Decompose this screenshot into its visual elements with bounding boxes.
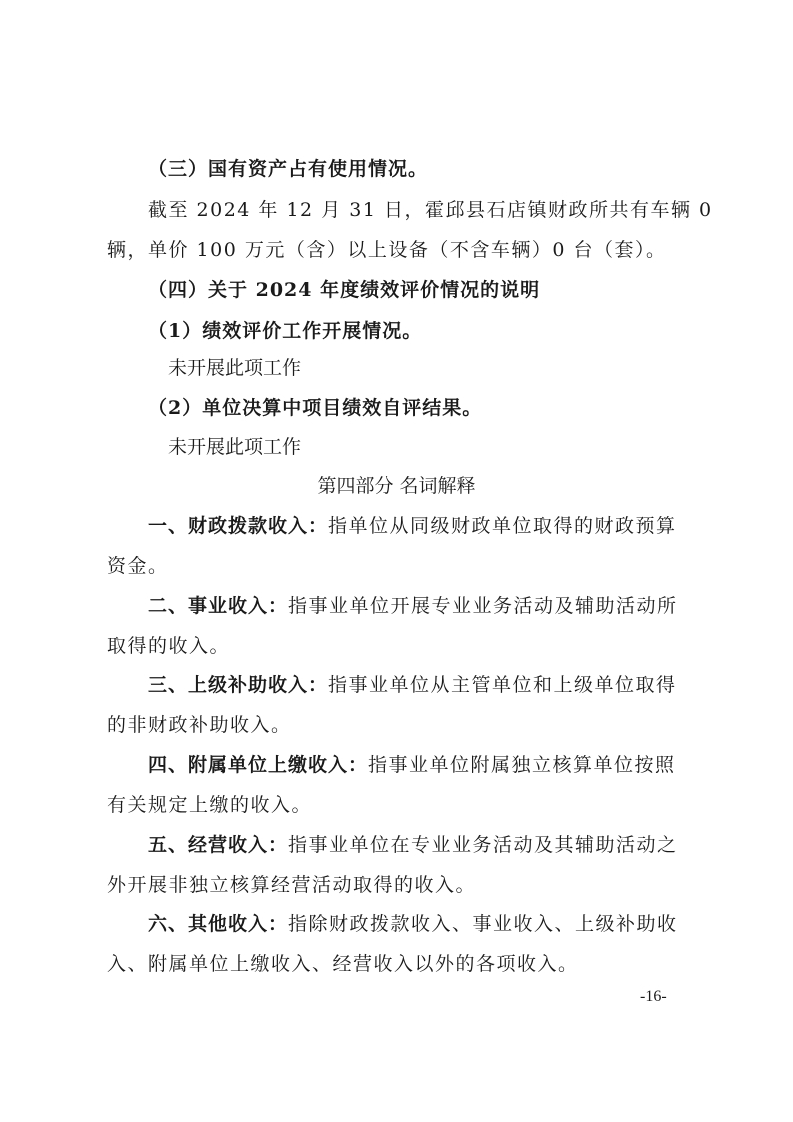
term-2-line2: 取得的收入。 (107, 633, 697, 659)
term-6-def: 指除财政拨款收入、事业收入、上级补助收 (288, 913, 678, 935)
term-5-def: 指事业单位在专业业务活动及其辅助活动之 (288, 834, 678, 856)
term-3-def: 指事业单位从主管单位和上级单位取得 (328, 674, 677, 696)
term-2-def: 指事业单位开展专业业务活动及辅助活动所 (288, 595, 678, 617)
term-3-line1: 三、上级补助收入：指事业单位从主管单位和上级单位取得 (148, 672, 738, 698)
section4-sub2-text: 未开展此项工作 (168, 434, 758, 460)
term-5-label: 五、经营收入： (148, 834, 288, 856)
term-4-line1: 四、附属单位上缴收入：指事业单位附属独立核算单位按照 (148, 752, 738, 778)
term-6-line1: 六、其他收入：指除财政拨款收入、事业收入、上级补助收 (148, 911, 738, 937)
term-3-label: 三、上级补助收入： (148, 674, 328, 696)
term-1-line2: 资金。 (107, 553, 697, 579)
section3-para-line2: 辆，单价 100 万元（含）以上设备（不含车辆）0 台（套）。 (107, 237, 697, 263)
term-1-line1: 一、财政拨款收入：指单位从同级财政单位取得的财政预算 (148, 513, 738, 539)
term-1-label: 一、财政拨款收入： (148, 515, 328, 537)
term-5-line2: 外开展非独立核算经营活动取得的收入。 (107, 872, 697, 898)
document-page: （三）国有资产占有使用情况。 截至 2024 年 12 月 31 日，霍邱县石店… (0, 0, 793, 1122)
section4-heading: （四）关于 2024 年度绩效评价情况的说明 (148, 277, 738, 303)
term-3-line2: 的非财政补助收入。 (107, 712, 697, 738)
term-1-def: 指单位从同级财政单位取得的财政预算 (328, 515, 677, 537)
section3-heading: （三）国有资产占有使用情况。 (148, 156, 738, 182)
term-4-label: 四、附属单位上缴收入： (148, 754, 368, 776)
page-number: -16- (640, 988, 667, 1006)
part4-title: 第四部分 名词解释 (0, 473, 793, 499)
term-2-line1: 二、事业收入：指事业单位开展专业业务活动及辅助活动所 (148, 593, 738, 619)
term-6-label: 六、其他收入： (148, 913, 288, 935)
section4-sub1-text: 未开展此项工作 (168, 355, 758, 381)
term-6-line2: 入、附属单位上缴收入、经营收入以外的各项收入。 (107, 951, 697, 977)
section4-sub2-heading: （2）单位决算中项目绩效自评结果。 (148, 395, 738, 421)
term-4-line2: 有关规定上缴的收入。 (107, 792, 697, 818)
section3-para-line1: 截至 2024 年 12 月 31 日，霍邱县石店镇财政所共有车辆 0 (148, 197, 738, 223)
section4-sub1-heading: （1）绩效评价工作开展情况。 (148, 318, 738, 344)
term-5-line1: 五、经营收入：指事业单位在专业业务活动及其辅助活动之 (148, 832, 738, 858)
term-2-label: 二、事业收入： (148, 595, 288, 617)
term-4-def: 指事业单位附属独立核算单位按照 (368, 754, 676, 776)
